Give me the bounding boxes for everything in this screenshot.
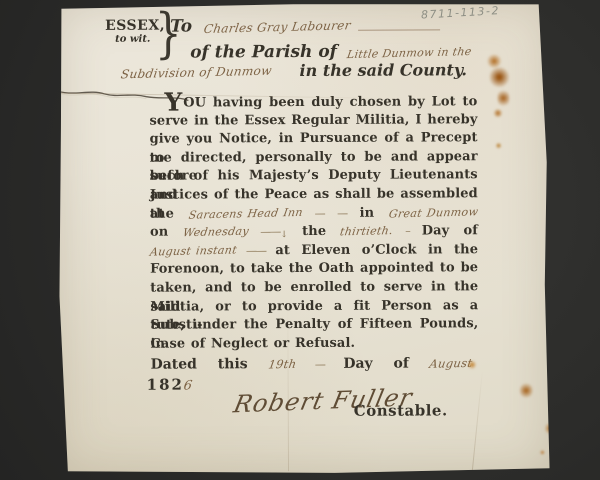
body-line: August instant —— at Eleven o’Clock in t… (150, 241, 478, 261)
handwritten-text: 19th (267, 357, 297, 372)
dated-line: Dated this 19th — Day of August (151, 355, 473, 372)
handwritten-rule (359, 29, 441, 30)
photo-background: { "colors":{ "background":"#2c2c2a", "pa… (0, 0, 600, 480)
handwritten-dash: – (393, 225, 422, 238)
handwritten-text: Wednesday (181, 223, 250, 243)
subdivision-line: Subdivision of Dunmow in the said County… (121, 60, 467, 81)
body-line: give you Notice, in Pursuance of a Prece… (150, 129, 478, 149)
handwritten-text: Saracens Head Inn (187, 203, 304, 224)
stain (540, 450, 545, 455)
body-line: tute, under the Penalty of Fifteen Pound… (150, 315, 478, 335)
handwritten-text: Great Dunmow (387, 203, 479, 224)
body-line: on Wednesday ——↓ the thirtieth. – Day of (150, 222, 478, 242)
stain (520, 382, 533, 399)
printed-text: on (150, 225, 183, 240)
parish-label: of the Parish of (190, 42, 337, 63)
printed-text: at Eleven o’Clock in the (275, 242, 478, 258)
body-line: Case of Neglect or Refusal. (150, 334, 478, 354)
said-county-label: in the said County. (299, 60, 466, 80)
document-paper: 8711-113-2 ESSEX, to wit. } To Charles G… (57, 2, 551, 475)
body-line: Militia, or to provide a fit Person as a… (150, 297, 478, 317)
handwritten-dash: — — (302, 206, 359, 219)
handwritten-dash: — (296, 358, 343, 371)
subdivision-place: Subdivision of Dunmow (120, 64, 273, 82)
header-to-wit: to wit. (115, 34, 150, 45)
ink-mark: ↓ (280, 230, 288, 240)
printed-text: Case of Neglect or Refusal. (150, 335, 355, 351)
body-line: Justices of the Peace as shall be assemb… (150, 185, 478, 205)
stain (497, 88, 509, 108)
stain (496, 142, 502, 149)
year-handwritten: 6 (183, 378, 194, 393)
handwritten-dash: —— (237, 244, 276, 257)
body-line: the Saracens Head Inn — — in Great Dunmo… (150, 204, 478, 224)
stain (468, 360, 477, 369)
printed-text: Dated this (151, 356, 269, 373)
stain (545, 422, 556, 435)
parish-place: Little Dunmow in the (346, 45, 473, 61)
printed-text: Day of (422, 223, 478, 238)
body-paragraph: YOU having been duly chosen by Lot to se… (149, 92, 478, 354)
parish-line: of the Parish of Little Dunmow in the (190, 41, 471, 62)
crease (472, 370, 483, 472)
year-line: 1826 (147, 375, 193, 393)
addressee-name: Charles Gray Labourer (203, 18, 352, 36)
handwritten-text: August instant (149, 241, 239, 262)
handwritten-text: thirtieth. (339, 222, 395, 242)
printed-text: the (150, 206, 189, 221)
year-printed: 182 (147, 376, 184, 394)
body-line: Forenoon, to take the Oath appointed to … (150, 260, 478, 280)
to-label: To (170, 16, 192, 36)
printed-text: Forenoon, to take the Oath appointed to … (150, 261, 478, 277)
stain (489, 66, 509, 88)
printed-text: Day of (343, 355, 429, 371)
body-line: me directed, personally to be and appear… (150, 148, 478, 168)
constable-label: Constable. (354, 401, 448, 419)
body-line: taken, and to be enrolled to serve in th… (150, 278, 478, 298)
printed-text: serve in the Essex Regular Militia, I he… (149, 112, 477, 128)
stain (493, 108, 502, 118)
printed-text: the (288, 224, 341, 239)
body-line: serve in the Essex Regular Militia, I he… (149, 111, 477, 131)
body-line: such of his Majesty’s Deputy Lieutenants… (150, 167, 478, 187)
addressee-line: To Charles Gray Labourer (170, 15, 440, 36)
handwritten-dash: —— (248, 225, 280, 238)
printed-text: in (360, 205, 389, 220)
